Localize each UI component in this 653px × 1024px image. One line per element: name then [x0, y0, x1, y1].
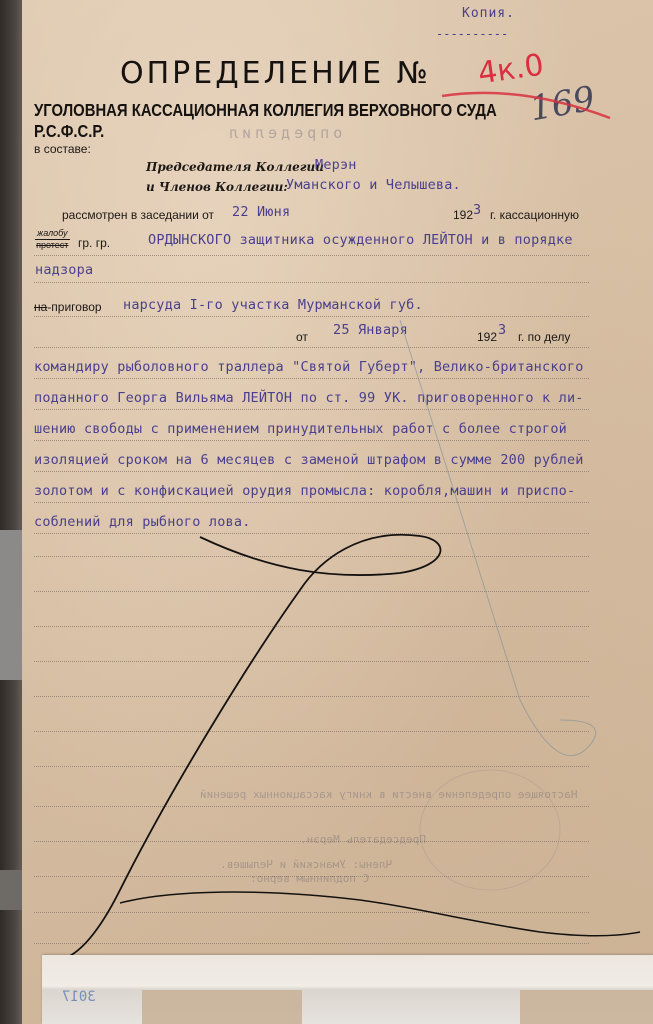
- tape-gap: [142, 990, 302, 1024]
- archival-tape-strip: 3017: [42, 955, 653, 1024]
- stamp-bleed-circle: [420, 770, 560, 890]
- red-pencil-stroke: [442, 93, 610, 118]
- ink-lower-stroke: [120, 892, 640, 936]
- handwritten-strokes: [0, 0, 653, 1024]
- archive-stamp-number: 3017: [62, 989, 96, 1005]
- tape-gap: [520, 990, 653, 1024]
- ink-cancellation-stroke: [60, 535, 440, 960]
